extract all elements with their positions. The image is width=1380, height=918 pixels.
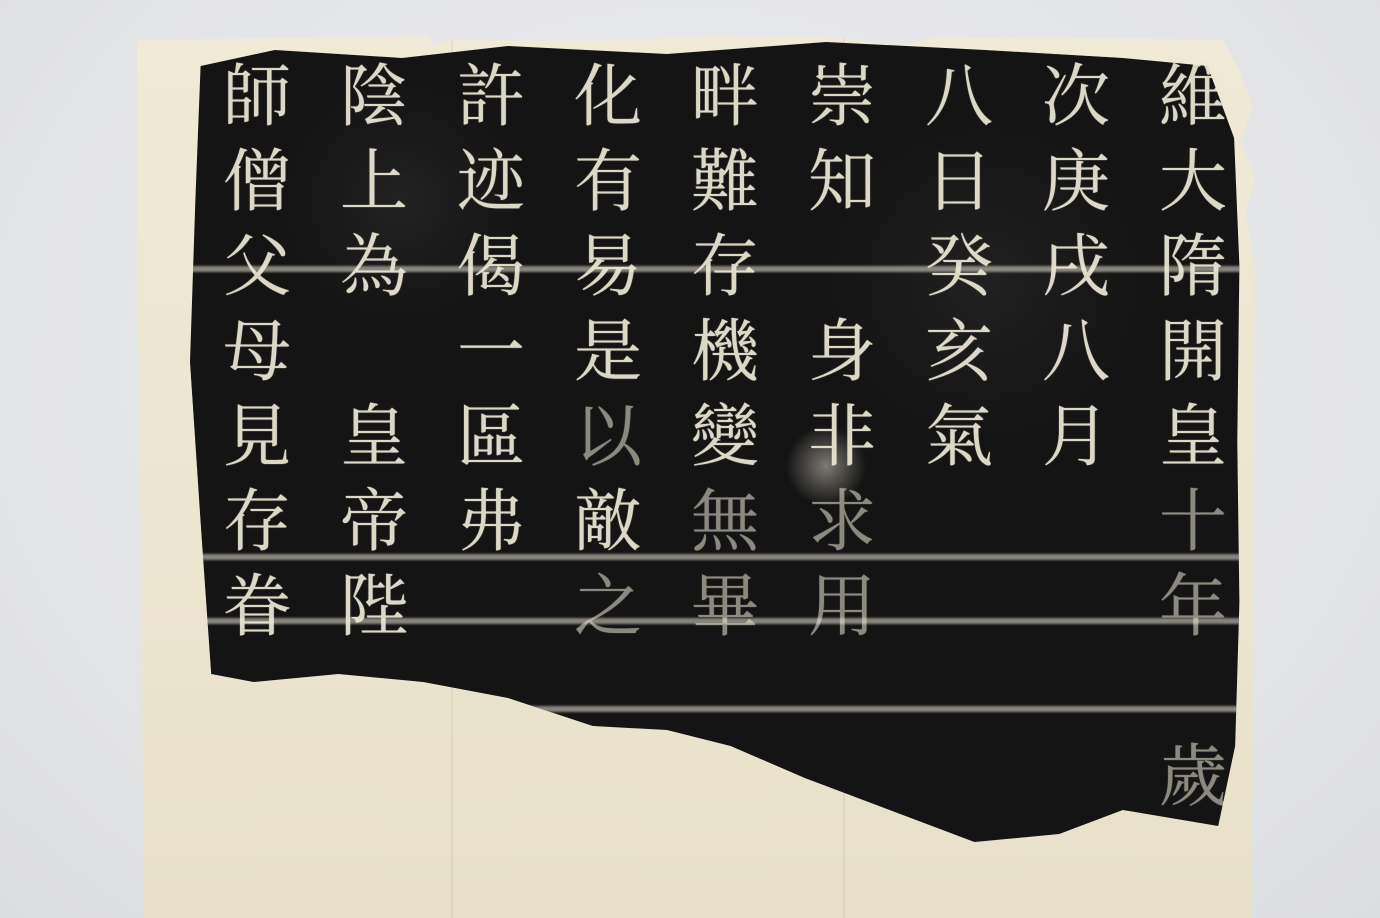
inscription-character: 維 [1143, 58, 1243, 139]
inscription-columns: 維大隋開皇十年歲次庚戌八月八日癸亥氣崇知身非求用畔難存機變無畢化有易是以敵之許迹… [205, 58, 1245, 818]
inscription-character: 癸 [909, 228, 1009, 309]
inscription-character: 帝 [324, 482, 424, 563]
inscription-character: 以 [558, 398, 658, 479]
inscription-character: 知 [792, 143, 892, 224]
inscription-character [675, 652, 775, 733]
inscription-character [558, 652, 658, 733]
inscription-character: 化 [558, 58, 658, 139]
inscription-character [441, 737, 541, 818]
inscription-column: 八日癸亥氣 [907, 58, 1011, 818]
inscription-character [1026, 482, 1126, 563]
inscription-character [792, 652, 892, 733]
inscription-character: 易 [558, 228, 658, 309]
inscription-character [792, 228, 892, 309]
inscription-character: 陛 [324, 567, 424, 648]
inscription-character: 無 [675, 482, 775, 563]
inscription-column: 陰上為皇帝陛 [322, 58, 426, 818]
inscription-character [207, 652, 307, 733]
inscription-character: 氣 [909, 398, 1009, 479]
inscription-character: 迹 [441, 143, 541, 224]
inscription-character [324, 313, 424, 394]
inscription-character [909, 652, 1009, 733]
inscription-character: 上 [324, 143, 424, 224]
inscription-character: 眷 [207, 567, 307, 648]
inscription-character: 崇 [792, 58, 892, 139]
inscription-character: 亥 [909, 313, 1009, 394]
inscription-column: 次庚戌八月 [1024, 58, 1128, 818]
inscription-character: 敵 [558, 482, 658, 563]
inscription-character: 日 [909, 143, 1009, 224]
inscription-character: 師 [207, 58, 307, 139]
inscription-column: 化有易是以敵之 [556, 58, 660, 818]
inscription-character: 有 [558, 143, 658, 224]
inscription-character [909, 737, 1009, 818]
inscription-character: 區 [441, 398, 541, 479]
inscription-character: 變 [675, 398, 775, 479]
inscription-character: 次 [1026, 58, 1126, 139]
inscription-character [324, 737, 424, 818]
inscription-character: 皇 [324, 398, 424, 479]
inscription-character: 見 [207, 398, 307, 479]
inscription-character: 八 [1026, 313, 1126, 394]
inscription-character: 陰 [324, 58, 424, 139]
inscription-column: 許迹偈一區弗 [439, 58, 543, 818]
inscription-character: 大 [1143, 143, 1243, 224]
inscription-column: 維大隋開皇十年歲 [1141, 58, 1245, 818]
inscription-character: 母 [207, 313, 307, 394]
inscription-character [1026, 567, 1126, 648]
inscription-character: 歲 [1143, 737, 1243, 818]
inscription-character: 皇 [1143, 398, 1243, 479]
inscription-character: 月 [1026, 398, 1126, 479]
inscription-character: 畢 [675, 567, 775, 648]
inscription-character: 僧 [207, 143, 307, 224]
inscription-character [675, 737, 775, 818]
inscription-character: 身 [792, 313, 892, 394]
inscription-character [1143, 652, 1243, 733]
inscription-character [1026, 737, 1126, 818]
inscription-character [324, 652, 424, 733]
inscription-character [558, 737, 658, 818]
inscription-character: 年 [1143, 567, 1243, 648]
inscription-character: 一 [441, 313, 541, 394]
inscription-character: 存 [207, 482, 307, 563]
inscription-character: 庚 [1026, 143, 1126, 224]
inscription-character: 之 [558, 567, 658, 648]
inscription-character: 難 [675, 143, 775, 224]
inscription-character: 父 [207, 228, 307, 309]
inscription-character: 非 [792, 398, 892, 479]
inscription-character: 戌 [1026, 228, 1126, 309]
inscription-character: 機 [675, 313, 775, 394]
inscription-character: 許 [441, 58, 541, 139]
inscription-character [1026, 652, 1126, 733]
inscription-column: 師僧父母見存眷 [205, 58, 309, 818]
inscription-character: 畔 [675, 58, 775, 139]
inscription-character: 隋 [1143, 228, 1243, 309]
inscription-character [909, 482, 1009, 563]
inscription-character [441, 652, 541, 733]
inscription-character [792, 737, 892, 818]
inscription-character [909, 567, 1009, 648]
inscription-character: 開 [1143, 313, 1243, 394]
inscription-character: 為 [324, 228, 424, 309]
inscription-column: 畔難存機變無畢 [673, 58, 777, 818]
inscription-character: 十 [1143, 482, 1243, 563]
inscription-character [441, 567, 541, 648]
inscription-character: 求 [792, 482, 892, 563]
inscription-character: 存 [675, 228, 775, 309]
inscription-character: 偈 [441, 228, 541, 309]
inscription-column: 崇知身非求用 [790, 58, 894, 818]
inscription-character: 是 [558, 313, 658, 394]
inscription-character: 用 [792, 567, 892, 648]
inscription-character [207, 737, 307, 818]
inscription-character: 弗 [441, 482, 541, 563]
inscription-character: 八 [909, 58, 1009, 139]
